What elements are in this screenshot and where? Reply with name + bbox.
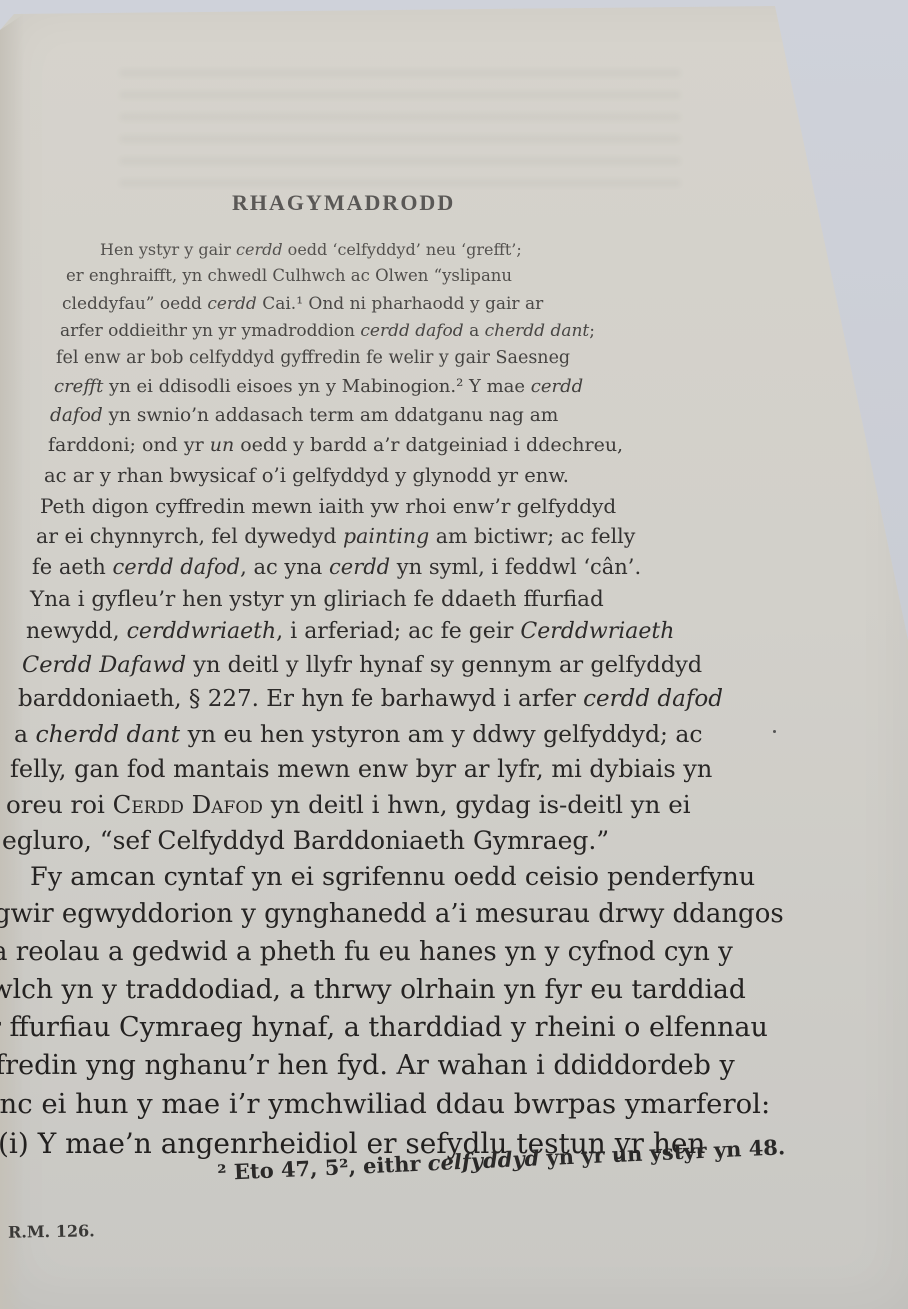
footnote-1: R.M. 126. bbox=[8, 1221, 95, 1242]
text-line: wlch yn y traddodiad, a thrwy olrhain yn… bbox=[0, 974, 746, 1005]
text-line: felly, gan fod mantais mewn enw byr ar l… bbox=[10, 755, 712, 783]
text-line: Fy amcan cyntaf yn ei sgrifennu oedd cei… bbox=[30, 862, 755, 892]
text-line: ffredin yng nghanu’r hen fyd. Ar wahan i… bbox=[0, 1050, 735, 1081]
text-line: a reolau a gedwid a pheth fu eu hanes yn… bbox=[0, 937, 733, 967]
text-line: crefft yn ei ddisodli eisoes yn y Mabino… bbox=[54, 376, 583, 397]
page-title: RHAGYMADRODD bbox=[232, 190, 455, 216]
ink-speck bbox=[773, 730, 776, 733]
text-line: oreu roi Cerdd Dafod yn deitl i hwn, gyd… bbox=[6, 790, 691, 819]
text-line: newydd, cerddwriaeth, i arferiad; ac fe … bbox=[26, 619, 674, 644]
text-line: Hen ystyr y gair cerdd oedd ‘celfyddyd’ … bbox=[100, 240, 522, 259]
text-line: r ffurfiau Cymraeg hynaf, a tharddiad y … bbox=[0, 1012, 768, 1043]
text-line: fel enw ar bob celfyddyd gyffredin fe we… bbox=[56, 348, 570, 368]
page-text: RHAGYMADRODD Hen ystyr y gair cerdd oedd… bbox=[0, 0, 908, 1309]
text-line: arfer oddieithr yn yr ymadroddion cerdd … bbox=[60, 321, 595, 341]
text-line: egluro, “sef Celfyddyd Barddoniaeth Gymr… bbox=[2, 826, 609, 855]
text-line: farddoni; ond yr un oedd y bardd a’r dat… bbox=[48, 434, 623, 456]
text-line: ync ei hun y mae i’r ymchwiliad ddau bwr… bbox=[0, 1088, 770, 1120]
text-line: Yna i gyfleu’r hen ystyr yn gliriach fe … bbox=[30, 587, 604, 612]
text-line: cleddyfau” oedd cerdd Cai.¹ Ond ni pharh… bbox=[62, 294, 543, 314]
text-line: er enghraifft, yn chwedl Culhwch ac Olwe… bbox=[66, 266, 512, 285]
text-line: barddoniaeth, § 227. Er hyn fe barhawyd … bbox=[18, 686, 723, 712]
text-line: ar ei chynnyrch, fel dywedyd painting am… bbox=[36, 524, 635, 548]
text-line: ac ar y rhan bwysicaf o’i gelfyddyd y gl… bbox=[44, 464, 569, 487]
text-line: Peth digon cyffredin mewn iaith yw rhoi … bbox=[40, 494, 616, 518]
text-line: a cherdd dant yn eu hen ystyron am y ddw… bbox=[14, 720, 703, 748]
text-line: Cerdd Dafawd yn deitl y llyfr hynaf sy g… bbox=[22, 652, 702, 678]
text-line: dafod yn swnio’n addasach term am ddatga… bbox=[50, 405, 558, 426]
text-line: gwir egwyddorion y gynghanedd a’i mesura… bbox=[0, 899, 784, 929]
text-line: fe aeth cerdd dafod, ac yna cerdd yn sym… bbox=[32, 555, 641, 579]
